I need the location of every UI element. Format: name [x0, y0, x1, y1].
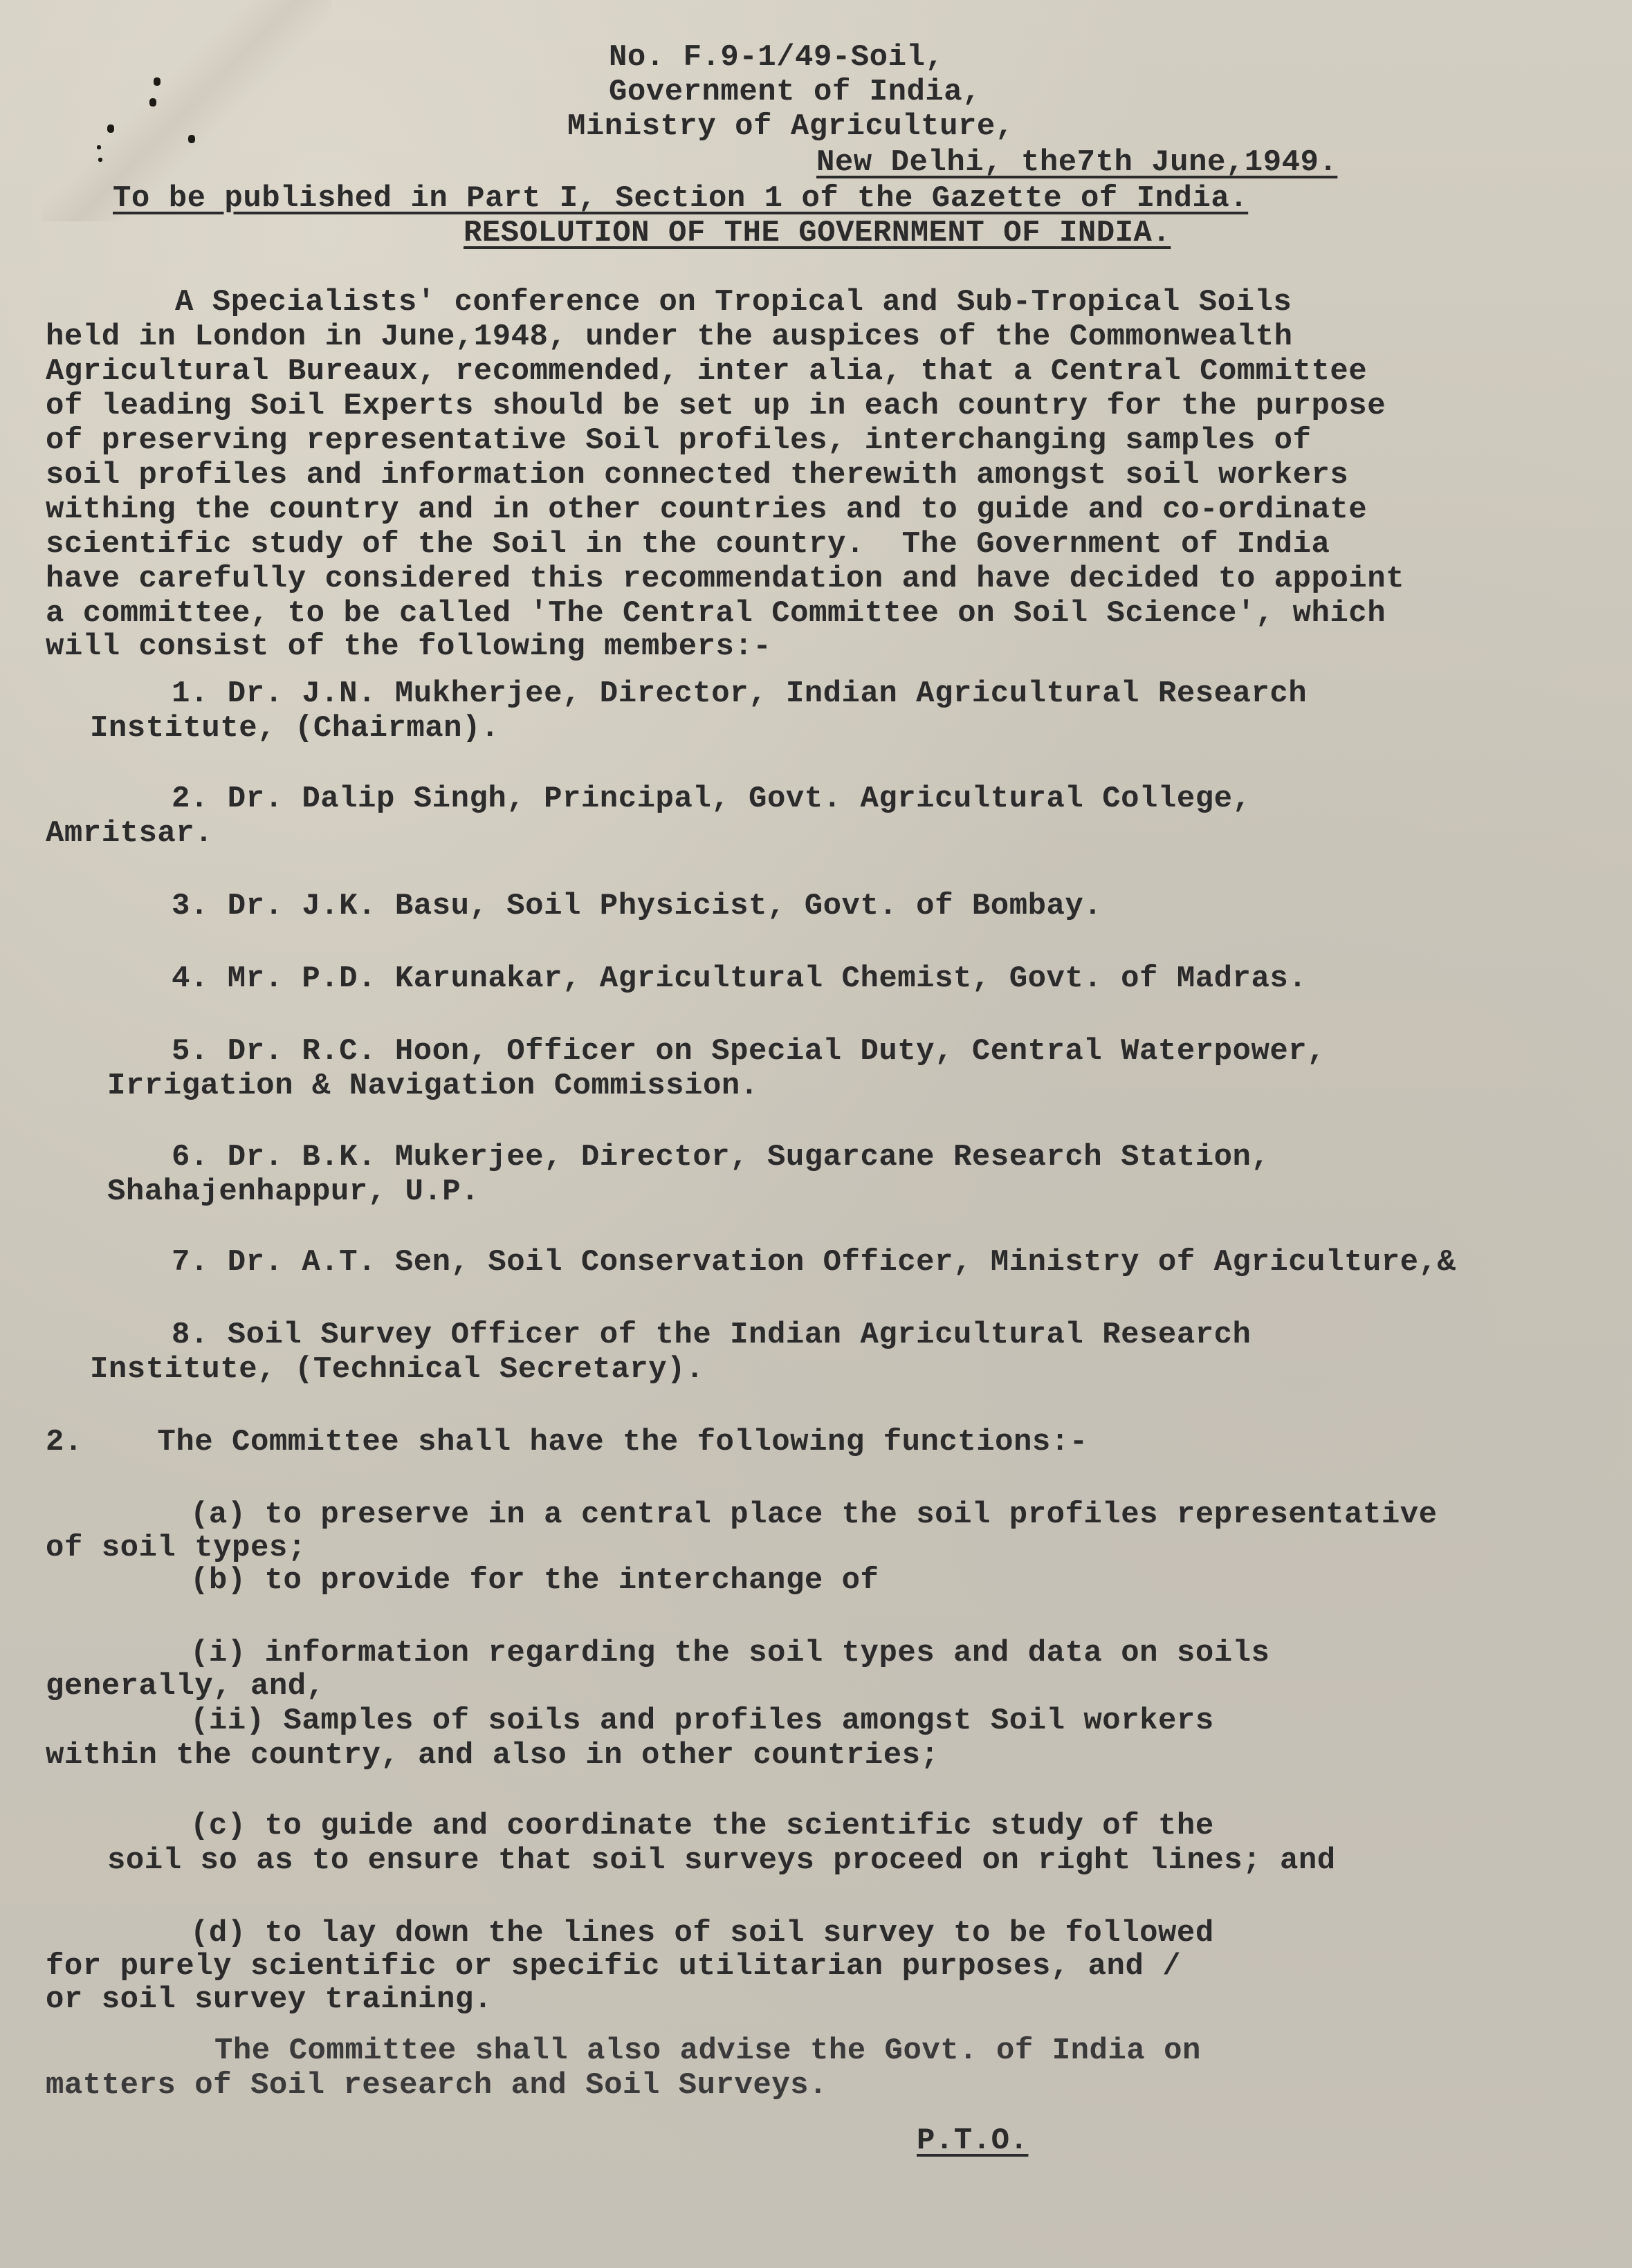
preamble-line: withing the country and in other countri… — [46, 492, 1367, 527]
preamble-line: held in London in June,1948, under the a… — [46, 320, 1293, 354]
government-line: Government of India, — [609, 75, 981, 109]
scanned-page: No. F.9-1/49-Soil, Government of India, … — [0, 0, 1632, 2268]
pto-mark: P.T.O. — [917, 2123, 1028, 2158]
member-7: 7. Dr. A.T. Sen, Soil Conservation Offic… — [172, 1245, 1456, 1280]
member-4: 4. Mr. P.D. Karunakar, Agricultural Chem… — [172, 961, 1307, 996]
member-2: 2. Dr. Dalip Singh, Principal, Govt. Agr… — [172, 782, 1251, 816]
member-5: 5. Dr. R.C. Hoon, Officer on Special Dut… — [172, 1034, 1326, 1069]
place-date: New Delhi, the7th June,1949. — [816, 145, 1337, 180]
member-6-cont: Shahajenhappur, U.P. — [107, 1174, 479, 1209]
staple-hole-icon — [149, 98, 156, 107]
preamble-line: A Specialists' conference on Tropical an… — [175, 285, 1292, 320]
advise-paragraph-cont: matters of Soil research and Soil Survey… — [46, 2068, 827, 2103]
member-5-cont: Irrigation & Navigation Commission. — [107, 1069, 759, 1103]
ministry-line: Ministry of Agriculture, — [567, 109, 1014, 144]
file-number: No. F.9-1/49-Soil, — [609, 40, 944, 75]
advise-paragraph: The Committee shall also advise the Govt… — [214, 2034, 1201, 2068]
staple-hole-icon — [97, 145, 101, 149]
preamble-line: scientific study of the Soil in the coun… — [46, 527, 1330, 562]
function-a-cont: of soil types; — [46, 1531, 306, 1565]
function-b-ii-cont: within the country, and also in other co… — [46, 1738, 939, 1773]
member-1-cont: Institute, (Chairman). — [90, 711, 499, 746]
preamble-line: of preserving representative Soil profil… — [46, 423, 1312, 458]
preamble-line: a committee, to be called 'The Central C… — [46, 596, 1386, 631]
functions-heading: 2. The Committee shall have the followin… — [46, 1425, 1088, 1459]
function-d-cont: for purely scientific or specific utilit… — [46, 1949, 1181, 1984]
member-6: 6. Dr. B.K. Mukerjee, Director, Sugarcan… — [172, 1140, 1269, 1174]
member-1: 1. Dr. J.N. Mukherjee, Director, Indian … — [172, 676, 1307, 711]
publication-note: To be published in Part I, Section 1 of … — [113, 181, 1248, 216]
staple-hole-icon — [98, 158, 102, 162]
function-c-cont: soil so as to ensure that soil surveys p… — [107, 1843, 1336, 1878]
function-c: (c) to guide and coordinate the scientif… — [190, 1809, 1214, 1843]
function-d: (d) to lay down the lines of soil survey… — [190, 1916, 1214, 1951]
preamble-line: of leading Soil Experts should be set up… — [46, 389, 1386, 423]
preamble-line: will consist of the following members:- — [46, 629, 771, 664]
function-a: (a) to preserve in a central place the s… — [190, 1497, 1438, 1532]
preamble-line: Agricultural Bureaux, recommended, inter… — [46, 354, 1367, 389]
function-b: (b) to provide for the interchange of — [190, 1563, 879, 1598]
function-b-i-cont: generally, and, — [46, 1669, 325, 1704]
function-b-i: (i) information regarding the soil types… — [190, 1636, 1269, 1670]
member-8-cont: Institute, (Technical Secretary). — [90, 1352, 704, 1387]
staple-hole-icon — [154, 77, 161, 86]
resolution-title: RESOLUTION OF THE GOVERNMENT OF INDIA. — [464, 216, 1171, 250]
staple-hole-icon — [107, 125, 114, 133]
preamble-line: soil profiles and information connected … — [46, 458, 1348, 492]
function-b-ii: (ii) Samples of soils and profiles among… — [190, 1704, 1214, 1738]
function-d-cont: or soil survey training. — [46, 1982, 493, 2017]
preamble-line: have carefully considered this recommend… — [46, 562, 1404, 596]
member-3: 3. Dr. J.K. Basu, Soil Physicist, Govt. … — [172, 889, 1102, 923]
member-2-cont: Amritsar. — [46, 816, 213, 851]
member-8: 8. Soil Survey Officer of the Indian Agr… — [172, 1318, 1251, 1352]
staple-hole-icon — [188, 135, 195, 143]
